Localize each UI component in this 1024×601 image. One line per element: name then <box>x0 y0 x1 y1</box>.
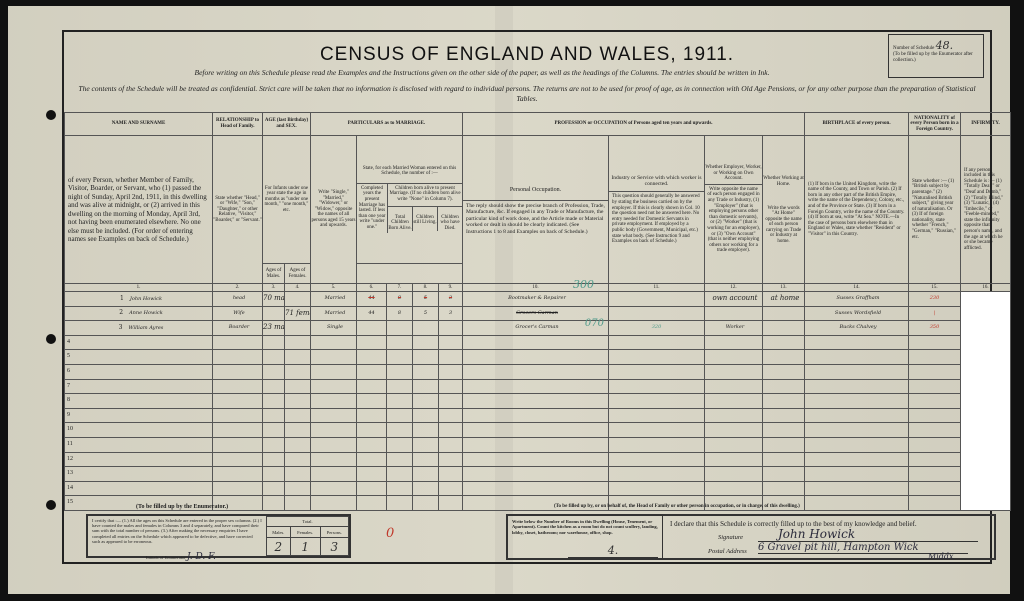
years-married: 44 <box>357 292 387 307</box>
marriage-spacer <box>357 264 463 284</box>
divider <box>662 516 663 558</box>
row-number: 11 <box>65 437 213 452</box>
persons-label: Persons. <box>320 527 348 538</box>
instruction-years-married: Completed years the present Marriage has… <box>357 184 388 234</box>
instruction-relationship: State whether "Head," or "Wife," "Son," … <box>213 136 263 284</box>
children-total <box>387 321 413 336</box>
nationality-code: 350 <box>909 321 961 336</box>
column-number: 13. <box>763 284 805 292</box>
document-title: CENSUS OF ENGLAND AND WALES, 1911. <box>64 44 990 66</box>
instruction-personal-occupation: Personal Occupation. The reply should sh… <box>463 136 609 284</box>
instruction-age-females: Ages of Females. <box>285 264 311 284</box>
row-number: 1 <box>118 295 124 302</box>
row-number: 7 <box>65 379 213 394</box>
table-row: 12 <box>65 452 1011 467</box>
schedule-frame: CENSUS OF ENGLAND AND WALES, 1911. Befor… <box>62 30 992 564</box>
header-profession: PROFESSION or OCCUPATION of Persons aged… <box>463 113 805 136</box>
nationality-code: | <box>909 306 961 321</box>
address-label: Postal Address <box>708 548 747 555</box>
age-female <box>285 321 311 336</box>
header-row: NAME AND SURNAME RELATIONSHIP to Head of… <box>65 113 1011 136</box>
totals-box: Total. Males.Females.Persons. 213 <box>266 516 349 556</box>
age-female <box>285 292 311 307</box>
occupation-value: Grocer's Carman <box>515 324 558 330</box>
table-row: 13 <box>65 467 1011 482</box>
census-sheet: CENSUS OF ENGLAND AND WALES, 1911. Befor… <box>8 6 1010 594</box>
instruction-birthplace: (1) If born in the United Kingdom, write… <box>805 136 909 284</box>
column-number: 5. <box>311 284 357 292</box>
instruction-married-woman: State, for each Married Woman entered on… <box>357 136 463 264</box>
person-name-value: William Ayres <box>128 325 163 331</box>
married-woman-text: State, for each Married Woman entered on… <box>357 166 462 177</box>
age-female: 71 female <box>285 306 311 321</box>
at-home <box>763 321 805 336</box>
table-row: 5 <box>65 350 1011 365</box>
address-county: Middx <box>928 552 954 561</box>
marital-status: Married <box>311 306 357 321</box>
instruction-line-1: Before writing on this Schedule please r… <box>64 68 900 77</box>
row-number: 9 <box>65 408 213 423</box>
table-row: 6 <box>65 364 1011 379</box>
instructions-row: of every Person, whether Member of Famil… <box>65 136 1011 264</box>
column-number: 1. <box>65 284 213 292</box>
instruction-name: of every Person, whether Member of Famil… <box>65 136 213 284</box>
table-row: 7 <box>65 379 1011 394</box>
table-row: 1John Howick head 70 male Married 44 8 5… <box>65 292 1011 307</box>
children-living <box>413 321 439 336</box>
table-row: 11 <box>65 437 1011 452</box>
signature-label: Signature <box>718 534 743 541</box>
females-label: Females. <box>290 527 320 538</box>
head-section-title: (To be filled up by, or on behalf of, th… <box>554 504 800 509</box>
occupation: Grocer's Carman070 <box>463 321 609 336</box>
employer-title: Whether Employer, Worker, or Working on … <box>705 163 762 185</box>
instruction-infirmity: If any person included in this Schedule … <box>961 136 1011 284</box>
married-woman-subcols: Completed years the present Marriage has… <box>357 183 462 234</box>
years-married <box>357 321 387 336</box>
row-number: 5 <box>65 350 213 365</box>
instruction-age-males: Ages of Males. <box>263 264 285 284</box>
table-row: 2Anne Howick Wife 71 female Married 44 8… <box>65 306 1011 321</box>
children-living: 5 <box>413 306 439 321</box>
column-number: 11. <box>609 284 705 292</box>
column-number: 4. <box>285 284 311 292</box>
column-number: 8. <box>413 284 439 292</box>
relationship: Wife <box>213 306 263 321</box>
age-male: 23 male <box>263 321 285 336</box>
industry <box>609 292 705 307</box>
column-number: 15. <box>909 284 961 292</box>
bottom-section: (To be filled up by the Enumerator.) I c… <box>64 502 990 562</box>
employer-status: own account <box>705 292 763 307</box>
column-number: 14. <box>805 284 909 292</box>
column-number: 9. <box>439 284 463 292</box>
total-label: Total. <box>267 517 349 527</box>
instruction-age: For Infants under one year state the age… <box>263 136 311 264</box>
instruction-industry: Industry or Service with which worker is… <box>609 136 705 284</box>
children-living: 5 <box>413 292 439 307</box>
occupation-code: 070 <box>585 321 604 327</box>
marital-status: Married <box>311 292 357 307</box>
rooms-value: 4. <box>568 544 658 558</box>
instruction-children-died: Children who have Died. <box>438 207 462 232</box>
row-number: 2 <box>117 309 123 316</box>
industry: 320 <box>609 321 705 336</box>
schedule-number-note: (To be filled up by the Enumerator after… <box>893 52 973 63</box>
schedule-number-box: Number of Schedule 48. (To be filled up … <box>888 34 984 78</box>
birthplace: Sussex Graffham <box>805 292 909 307</box>
row-number: 3 <box>117 324 123 331</box>
instruction-marital-status: Write "Single," "Married," "Widower," or… <box>311 136 357 284</box>
table-row: 4 <box>65 335 1011 350</box>
children-subcols: Total Children Born Alive. Children stil… <box>388 206 462 232</box>
children-subheader: Children born alive to present Marriage.… <box>388 184 462 234</box>
header-nationality: NATIONALITY of every Person born in a Fo… <box>909 113 961 136</box>
punch-hole <box>46 500 56 510</box>
instruction-line-2: The contents of the Schedule will be tre… <box>74 84 980 104</box>
row-number: 13 <box>65 467 213 482</box>
totals-table: Total. Males.Females.Persons. 213 <box>266 516 349 556</box>
header-name: NAME AND SURNAME <box>65 113 213 136</box>
at-home-text: Write the words "At Home" opposite the n… <box>763 204 804 247</box>
instruction-at-home: Whether Working at Home. Write the words… <box>763 136 805 284</box>
enumerator-initials: Initials of Enumerator J. D. F. <box>146 552 216 562</box>
schedule-number-label: Number of Schedule <box>893 46 934 51</box>
row-number: 6 <box>65 364 213 379</box>
initials-label: Initials of Enumerator <box>146 555 186 560</box>
column-number: 12. <box>705 284 763 292</box>
personal-occupation-text: The reply should show the precise branch… <box>463 201 608 238</box>
column-number: 2. <box>213 284 263 292</box>
children-died <box>439 321 463 336</box>
birthplace: Sussex Wordsfield <box>805 306 909 321</box>
punch-hole <box>46 110 56 120</box>
personal-occupation-title: Personal Occupation. <box>463 182 608 201</box>
employer-status <box>705 306 763 321</box>
row-number: 10 <box>65 423 213 438</box>
instruction-children-living: Children still Living. <box>413 207 438 232</box>
certify-text: I certify that :— (1.) All the ages on t… <box>92 518 262 544</box>
punch-hole <box>46 334 56 344</box>
census-table: NAME AND SURNAME RELATIONSHIP to Head of… <box>64 112 1011 511</box>
table-row: 10 <box>65 423 1011 438</box>
header-marriage: PARTICULARS as to MARRIAGE. <box>311 113 463 136</box>
instruction-nationality: State whether :— (1) "British subject by… <box>909 136 961 284</box>
males-total: 2 <box>267 538 291 556</box>
at-home <box>763 306 805 321</box>
header-relationship: RELATIONSHIP to Head of Family. <box>213 113 263 136</box>
table-row: 8 <box>65 394 1011 409</box>
person-name: 2Anne Howick <box>65 306 213 321</box>
industry-text: This question should generally be answer… <box>609 192 704 246</box>
males-label: Males. <box>267 527 291 538</box>
column-number: 16. <box>961 284 1011 292</box>
age-male: 70 male <box>263 292 285 307</box>
infirmity-blank <box>961 292 1011 511</box>
person-name-value: John Howick <box>130 296 162 302</box>
industry-title: Industry or Service with which worker is… <box>609 172 704 192</box>
marital-status: Single <box>311 321 357 336</box>
table-row: 14 <box>65 481 1011 496</box>
enumerator-section-title: (To be filled up by the Enumerator.) <box>136 504 228 510</box>
persons-total: 3 <box>320 538 348 556</box>
instruction-employer: Whether Employer, Worker, or Working on … <box>705 136 763 284</box>
initials-value: J. D. F. <box>187 552 216 562</box>
person-name-value: Anne Howick <box>129 310 163 316</box>
header-birthplace: BIRTHPLACE of every person. <box>805 113 909 136</box>
occupation-value: Bootmaker & Repairer <box>508 295 566 301</box>
row-number: 8 <box>65 394 213 409</box>
years-married: 44 <box>357 306 387 321</box>
rooms-instruction: Write below the Number of Rooms in this … <box>512 519 660 535</box>
employer-text: Write opposite the name of each person e… <box>705 185 762 256</box>
at-home-title: Whether Working at Home. <box>763 172 804 203</box>
schedule-number-value: 48. <box>936 39 954 52</box>
children-died: 3 <box>439 292 463 307</box>
row-number: 14 <box>65 481 213 496</box>
industry <box>609 306 705 321</box>
head-declaration-box: Write below the Number of Rooms in this … <box>506 514 996 560</box>
relationship: Boarder <box>213 321 263 336</box>
females-total: 1 <box>290 538 320 556</box>
at-home: at home <box>763 292 805 307</box>
table-row: 9 <box>65 408 1011 423</box>
employer-status: Worker <box>705 321 763 336</box>
birthplace: Bucks Chalvey <box>805 321 909 336</box>
header-age: AGE (last Birthday) and SEX. <box>263 113 311 136</box>
column-number-row: 1. 2. 3. 4. 5. 6. 7. 8. 9. 10. 11. 12. 1… <box>65 284 1011 292</box>
row-number: 12 <box>65 452 213 467</box>
column-number: 6. <box>357 284 387 292</box>
relationship: head <box>213 292 263 307</box>
person-name: 3William Ayres <box>65 321 213 336</box>
age-male <box>263 306 285 321</box>
children-total: 8 <box>387 306 413 321</box>
header-infirmity: INFIRMITY. <box>961 113 1011 136</box>
table-row: 3William Ayres Boarder 23 male Single Gr… <box>65 321 1011 336</box>
enumerator-certificate: I certify that :— (1.) All the ages on t… <box>86 514 351 558</box>
occupation-code: 300 <box>573 282 594 288</box>
children-total: 8 <box>387 292 413 307</box>
instruction-children-total: Total Children Born Alive. <box>388 207 413 232</box>
person-name: 1John Howick <box>65 292 213 307</box>
children-died: 3 <box>439 306 463 321</box>
occupation: Bootmaker & Repairer300 <box>463 292 609 307</box>
nationality-code: 230 <box>909 292 961 307</box>
column-number: 3. <box>263 284 285 292</box>
column-number: 7. <box>387 284 413 292</box>
red-mark: 0 <box>386 526 394 541</box>
instruction-children-header: Children born alive to present Marriage.… <box>388 186 462 203</box>
row-number: 4 <box>65 335 213 350</box>
signature-value: John Howick <box>758 527 978 542</box>
